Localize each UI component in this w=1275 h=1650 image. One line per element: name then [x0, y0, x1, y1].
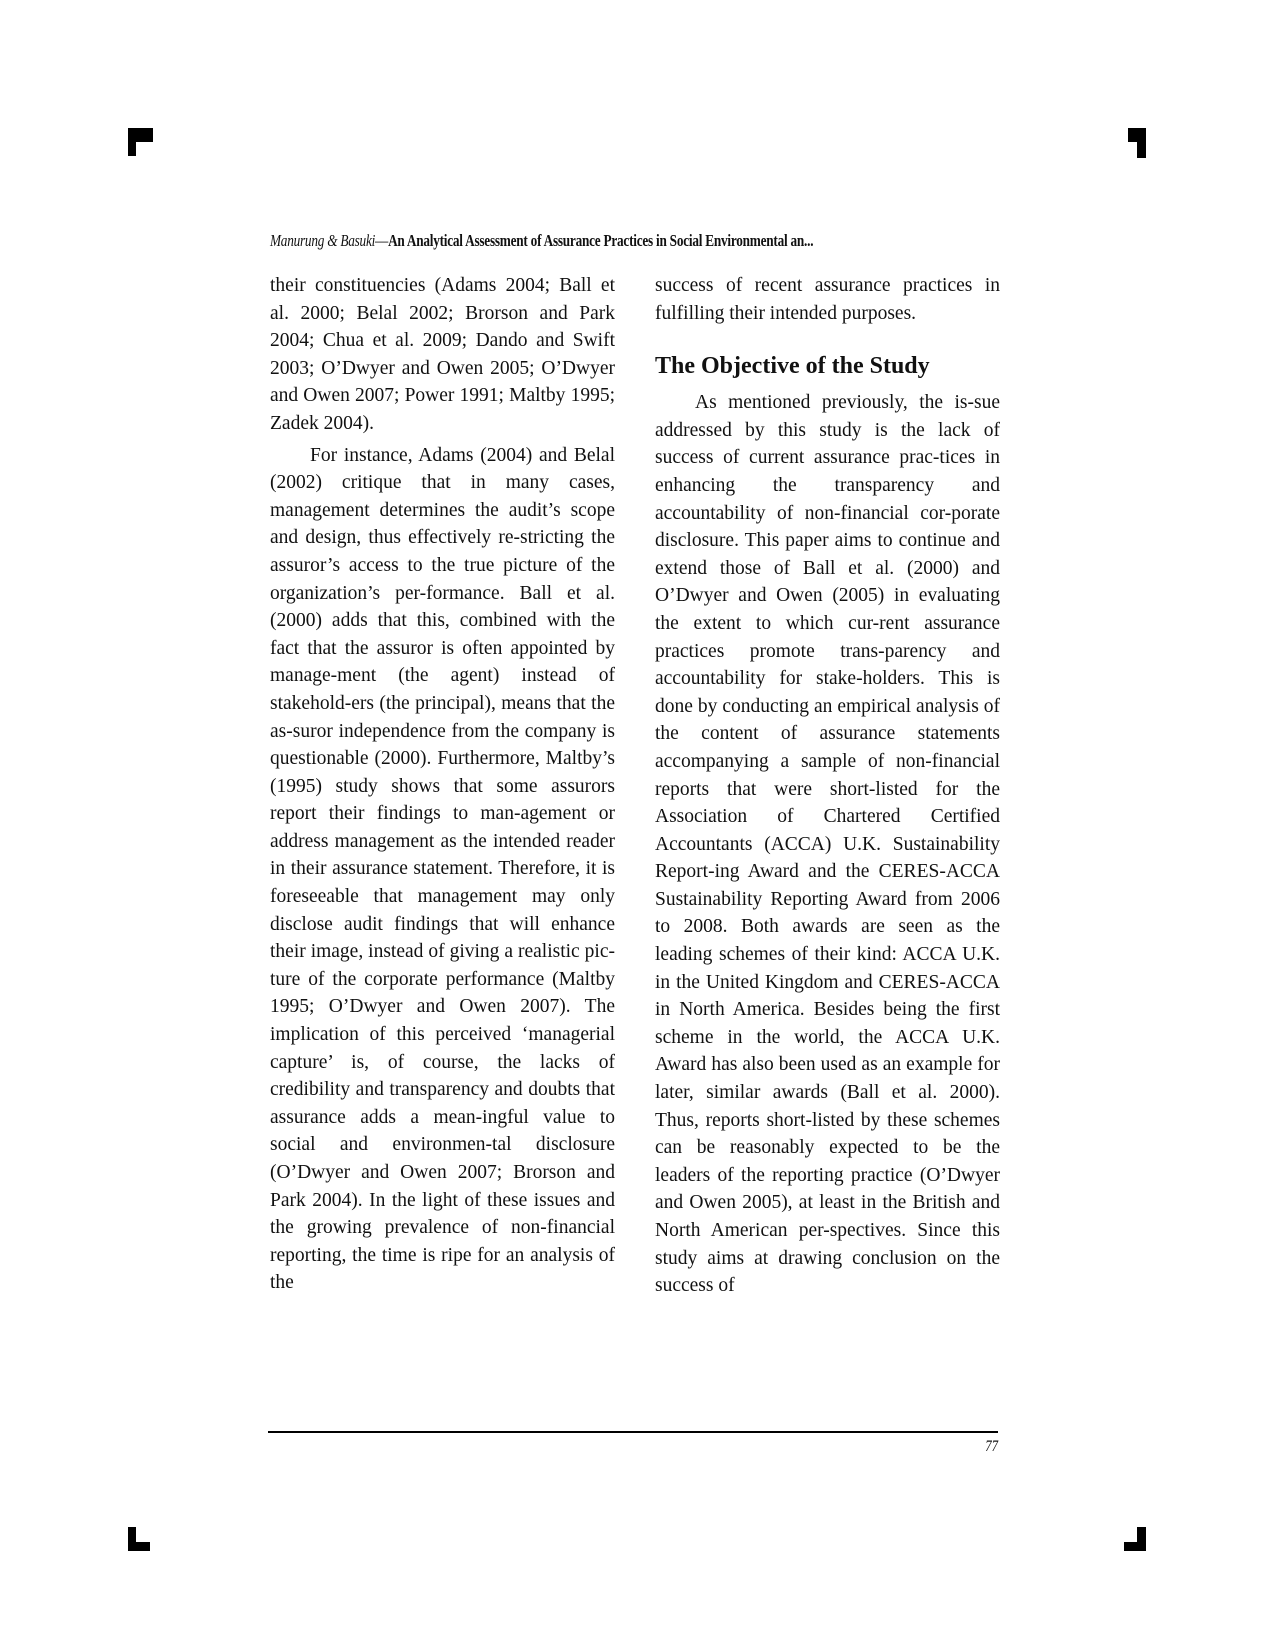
paragraph-continuation: their constituencies (Adams 2004; Ball e…: [270, 272, 615, 438]
running-head-separator: —: [375, 231, 388, 250]
footer-rule: [268, 1431, 998, 1433]
paragraph-objective: As mentioned previously, the is-sue addr…: [655, 389, 1000, 1300]
running-head: Manurung & Basuki—An Analytical Assessme…: [270, 230, 832, 252]
section-heading: The Objective of the Study: [655, 351, 1000, 381]
running-head-title: An Analytical Assessment of Assurance Pr…: [388, 231, 813, 250]
left-column: their constituencies (Adams 2004; Ball e…: [270, 272, 615, 1297]
right-column: success of recent assurance practices in…: [655, 272, 1000, 1300]
running-head-authors: Manurung & Basuki: [270, 231, 375, 250]
paragraph-managerial-capture: For instance, Adams (2004) and Belal (20…: [270, 442, 615, 1297]
page-number: 77: [976, 1438, 998, 1456]
paragraph-intro: success of recent assurance practices in…: [655, 272, 1000, 327]
